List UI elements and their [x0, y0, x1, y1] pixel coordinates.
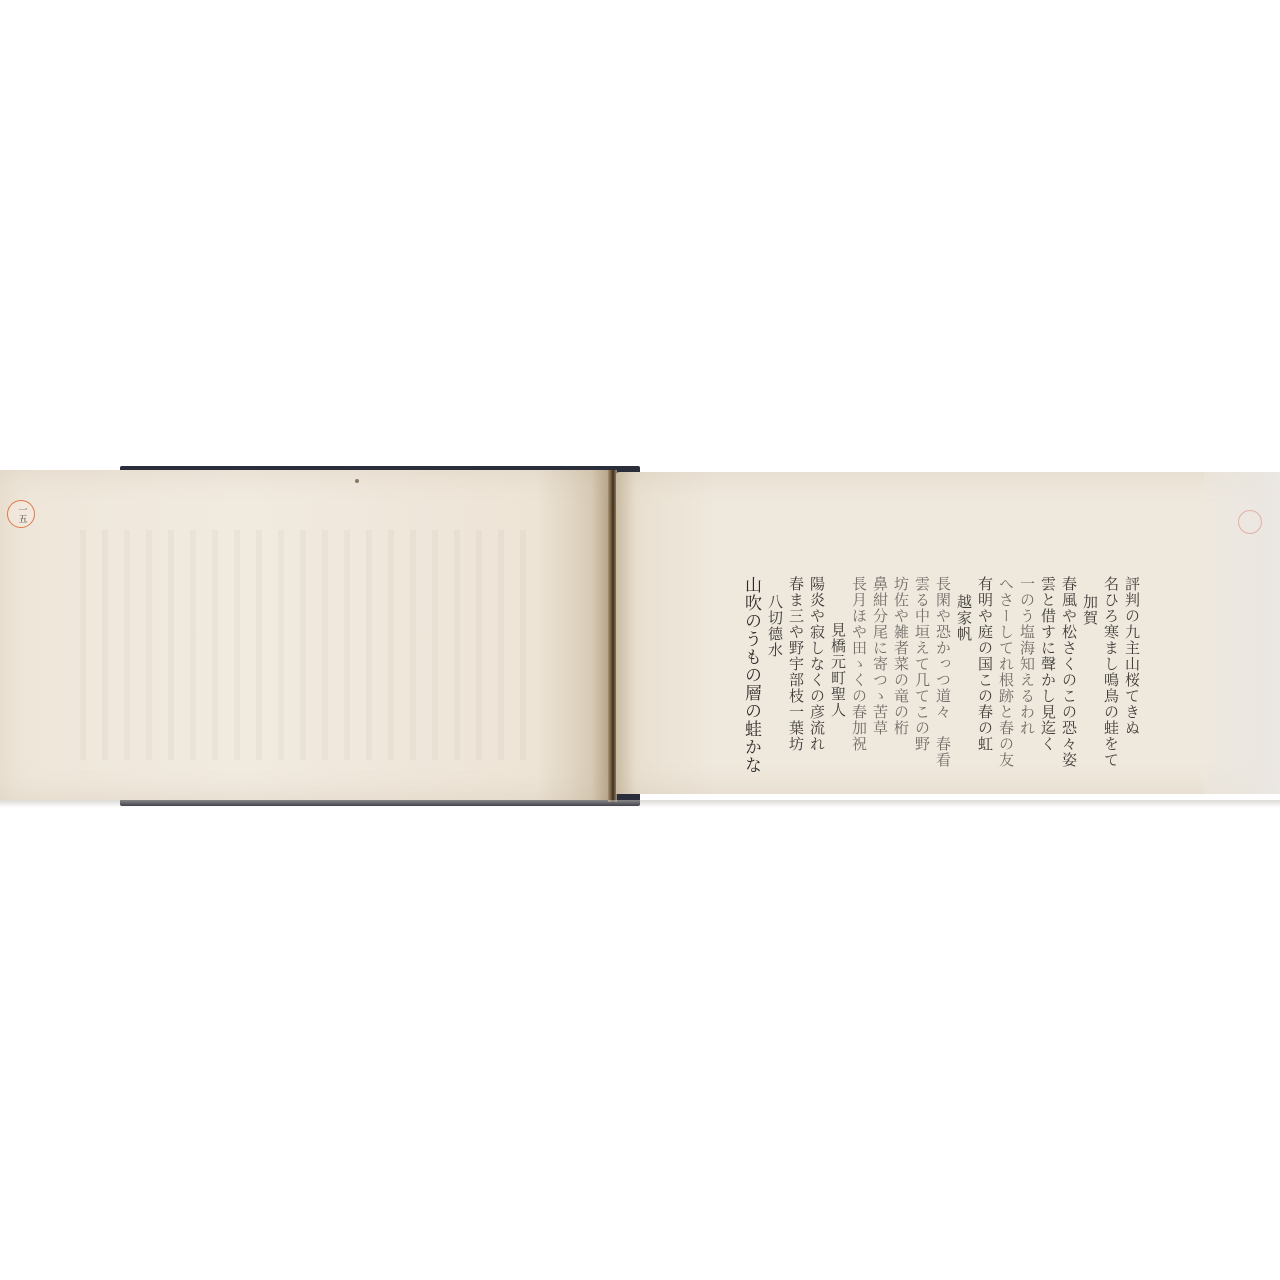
left-page: 一五	[0, 470, 610, 800]
text-column: 一のう塩海知えるわれ	[1016, 576, 1037, 786]
text-column: 山吹のうもの層の蛙かな	[738, 576, 764, 786]
stamp-text: 一五	[17, 505, 26, 523]
text-column: 鼻紺分尾に寄つゝ苦草	[869, 576, 890, 786]
text-column: 評判の九主山桜てきぬ	[1121, 576, 1142, 786]
text-column: 名ひろ寒まし鳴鳥の蛙をて	[1100, 576, 1121, 786]
text-column: 春ま三や野宇部枝一葉坊	[785, 576, 806, 786]
author-name: 八切德水	[764, 576, 785, 786]
author-name: 越家帆	[953, 576, 974, 786]
paper-speck	[355, 479, 359, 483]
author-name: 見橋元町聖人	[827, 576, 848, 786]
ink-show-through	[80, 530, 530, 760]
text-column: 長月ほや田ゝくの春加祝	[848, 576, 869, 786]
text-column: 雲る中垣えて几てこの野	[911, 576, 932, 786]
text-column: 春風や松さくのこの恐々姿	[1058, 576, 1079, 786]
page-shadow	[0, 800, 1280, 808]
faint-seal	[1238, 510, 1262, 534]
text-column: 長閑や恐かっつ道々 春看	[932, 576, 953, 786]
page-number-stamp: 一五	[7, 500, 35, 528]
section-heading: 加賀	[1079, 576, 1100, 786]
text-column: 坊佐や雑者菜の竜の桁	[890, 576, 911, 786]
book-spread: 一五 評判の九主山桜てきぬ 名ひろ寒まし鳴鳥の蛙をて 加賀 春風や松さくのこの恐…	[0, 466, 1280, 814]
text-column: 雲と借すに聲かし見迄く	[1037, 576, 1058, 786]
text-column: へさーしてれ根跡と春の友	[995, 576, 1016, 786]
text-column: 陽炎や寂しなくの彦流れ	[806, 576, 827, 786]
text-column: 有明や庭の国この春の虹	[974, 576, 995, 786]
handwritten-text: 評判の九主山桜てきぬ 名ひろ寒まし鳴鳥の蛙をて 加賀 春風や松さくのこの恐々姿 …	[776, 576, 1142, 786]
right-page: 評判の九主山桜てきぬ 名ひろ寒まし鳴鳥の蛙をて 加賀 春風や松さくのこの恐々姿 …	[616, 472, 1280, 794]
